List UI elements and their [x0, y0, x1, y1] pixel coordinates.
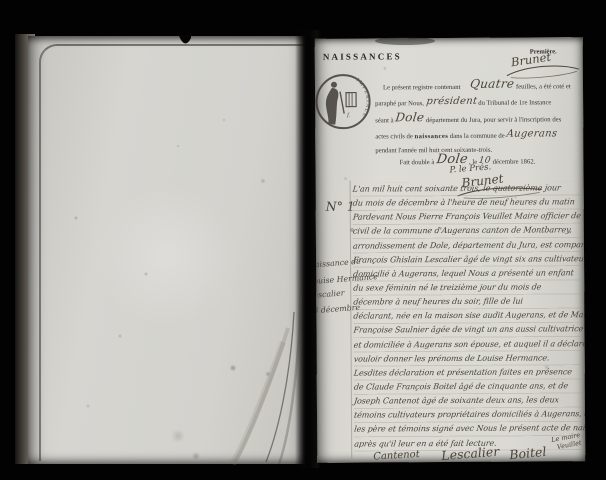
form-line: actes civils de naissances dans la commu… [375, 128, 581, 145]
clerk-signature-top: Brunet [510, 50, 552, 70]
handwritten-fill: Augerans [506, 127, 559, 142]
form-text-bold: naissances [414, 133, 448, 140]
form-line: séant à Dole département du Jura, pour s… [375, 110, 581, 129]
act-text-line: vouloir donner les prénoms de Louise Her… [353, 351, 583, 367]
form-text: décembre 1862. [493, 158, 536, 165]
act-text-line: de Claude François Boitel âgé de cinquan… [353, 379, 583, 395]
printed-form-block: Le présent registre contenant Quatre feu… [375, 77, 581, 159]
handwritten-fill: président [425, 94, 478, 109]
form-text: du Tribunal de 1re Instance [478, 99, 551, 106]
margin-note-line: Lescalier [315, 288, 345, 300]
svg-text:IMPERIALE: IMPERIALE [355, 77, 371, 118]
witness-signature: Cantenot [373, 449, 420, 463]
form-text: Fait double à [399, 159, 434, 166]
act-text-line: civil de la commune d'Augerans canton de… [352, 224, 582, 240]
act-text-line: du sexe féminin né le treizième jour du … [352, 280, 582, 296]
register-book-scan: NAISSANCES Première. Brunet f. IMPERIALE… [0, 0, 606, 480]
handwritten-fill: Dole [394, 110, 425, 125]
stamp-value: f. [347, 112, 350, 119]
handwritten-fill: Quatre [461, 77, 515, 92]
stamp-arc-text: IMPERIALE [355, 77, 371, 118]
form-line: paraphé par Nous, président du Tribunal … [375, 95, 581, 112]
form-text: dans la commune de [450, 132, 505, 139]
act-text-line: François Ghislain Lescalier âgé de vingt… [352, 252, 582, 268]
seal-stamp-icon: f. IMPERIALE [315, 71, 374, 131]
act-text-line: et domiciliée à Augerans son épouse, et … [353, 337, 583, 353]
section-title: NAISSANCES [323, 51, 402, 61]
form-text: Le présent registre contenant [383, 84, 460, 91]
act-text-line: arrondissement de Dole, département du J… [352, 238, 582, 254]
act-text-line: les père et témoins signé avec Nous le p… [353, 422, 583, 438]
left-blank-page [28, 36, 305, 464]
form-line: Le présent registre contenant Quatre feu… [375, 77, 581, 96]
form-text: séant à [375, 117, 393, 124]
form-text: paraphé par Nous, [375, 100, 424, 107]
act-text-line: domicilié à Augerans, lequel Nous a prés… [352, 266, 582, 282]
form-text: feuilles, a été coté et [516, 83, 571, 90]
act-text-line: Lesdites déclaration et présentation fai… [353, 365, 583, 381]
act-text-line: Françoise Saulnier âgée de vingt un ans … [353, 323, 583, 339]
form-text: actes civils de [375, 133, 413, 140]
right-register-page: NAISSANCES Première. Brunet f. IMPERIALE… [315, 37, 586, 463]
birth-act-text: L'an mil huit cent soixante trois, le qu… [353, 181, 583, 454]
father-signature: Lescalier [441, 444, 500, 463]
form-text: département du Jura, pour servir à l'ins… [426, 116, 561, 124]
page-edge-line [39, 44, 308, 461]
